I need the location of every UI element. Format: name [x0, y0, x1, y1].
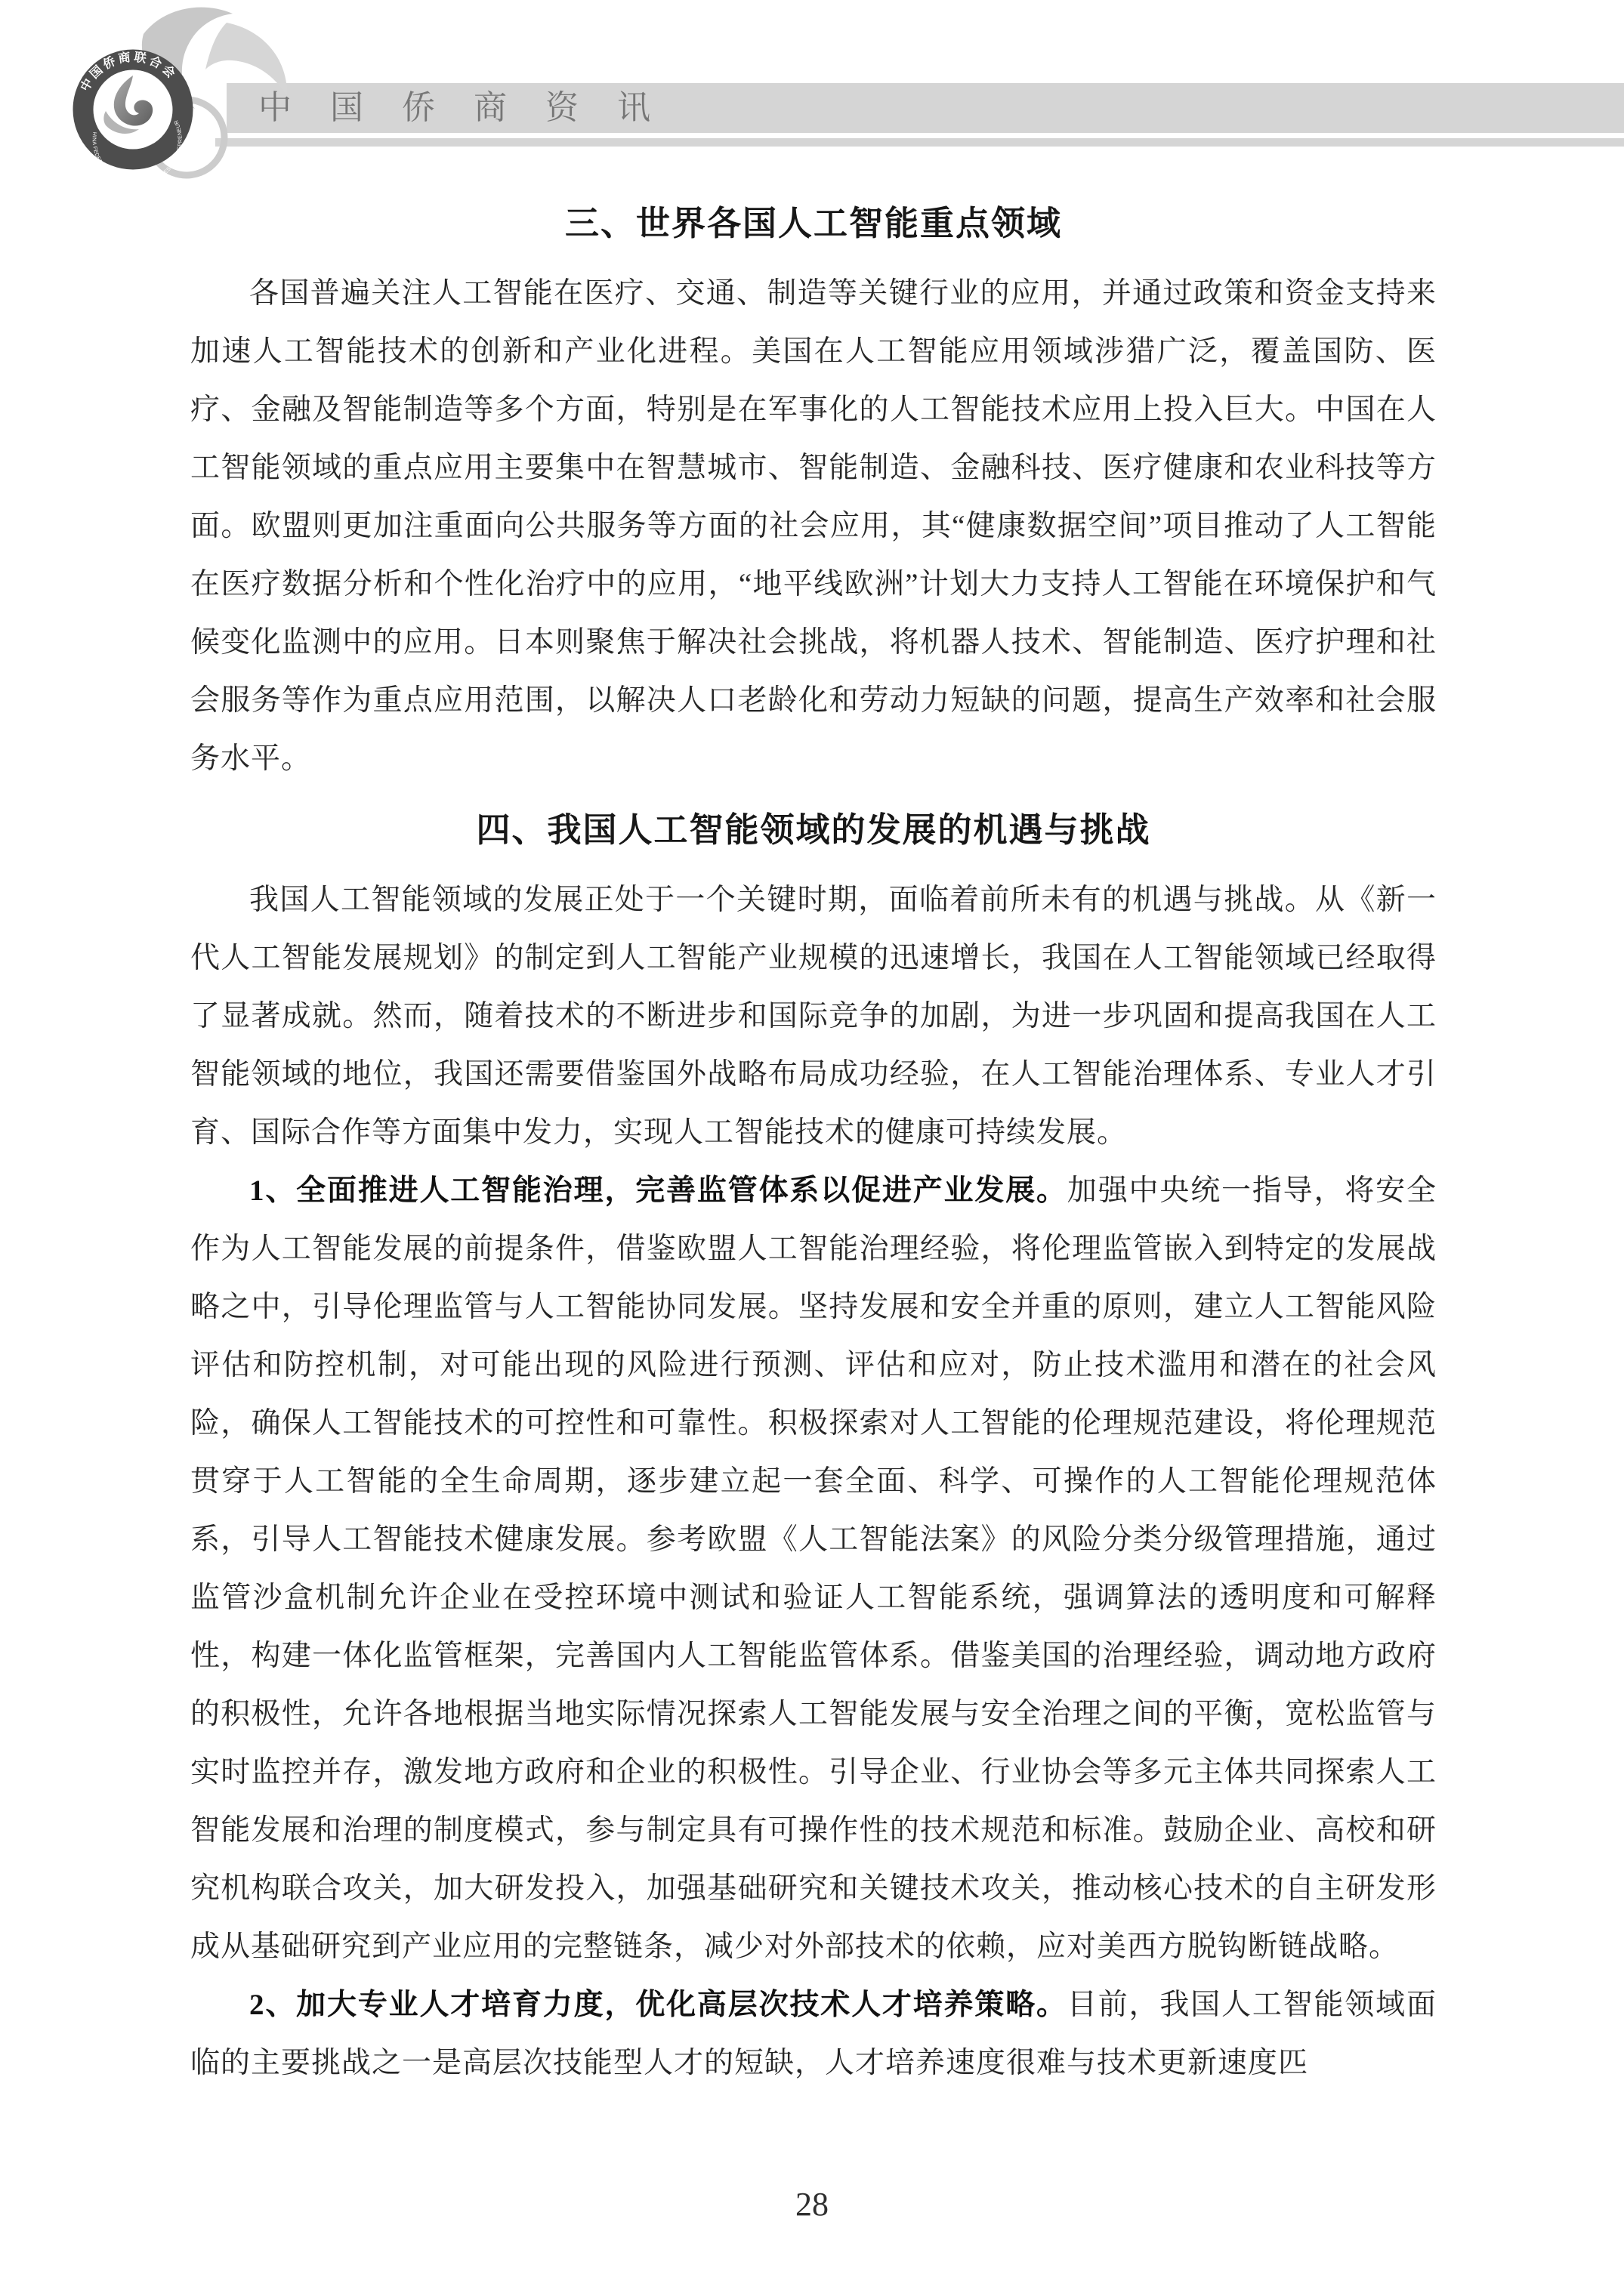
- document-page: 中国侨商资讯 中国: [0, 0, 1624, 2293]
- item1-bold-lead: 1、全面推进人工智能治理，完善监管体系以促进产业发展。: [249, 1174, 1067, 1207]
- item2-bold-lead: 2、加大专业人才培育力度，优化高层次技术人才培养策略。: [249, 1989, 1067, 2021]
- section3-title: 三、世界各国人工智能重点领域: [190, 193, 1437, 254]
- section4-paragraph-1: 我国人工智能领域的发展正处于一个关键时期，面临着前所未有的机遇与挑战。从《新一代…: [190, 871, 1437, 1162]
- section4-item2-paragraph: 2、加大专业人才培育力度，优化高层次技术人才培养策略。目前，我国人工智能领域面临…: [190, 1976, 1437, 2092]
- document-body: 三、世界各国人工智能重点领域 各国普遍关注人工智能在医疗、交通、制造等关键行业的…: [190, 193, 1437, 2092]
- section3-paragraph: 各国普遍关注人工智能在医疗、交通、制造等关键行业的应用，并通过政策和资金支持来加…: [190, 264, 1437, 788]
- section4-title: 四、我国人工智能领域的发展的机遇与挑战: [190, 800, 1437, 860]
- masthead-title: 中国侨商资讯: [258, 85, 689, 131]
- item1-body-text: 加强中央统一指导，将安全作为人工智能发展的前提条件，借鉴欧盟人工智能治理经验，将…: [190, 1174, 1437, 1963]
- badge-inner-circle-icon: [94, 70, 172, 149]
- header-band-thin: [215, 138, 1624, 147]
- section4-item1-paragraph: 1、全面推进人工智能治理，完善监管体系以促进产业发展。加强中央统一指导，将安全作…: [190, 1162, 1437, 1976]
- page-number: 28: [0, 2185, 1624, 2224]
